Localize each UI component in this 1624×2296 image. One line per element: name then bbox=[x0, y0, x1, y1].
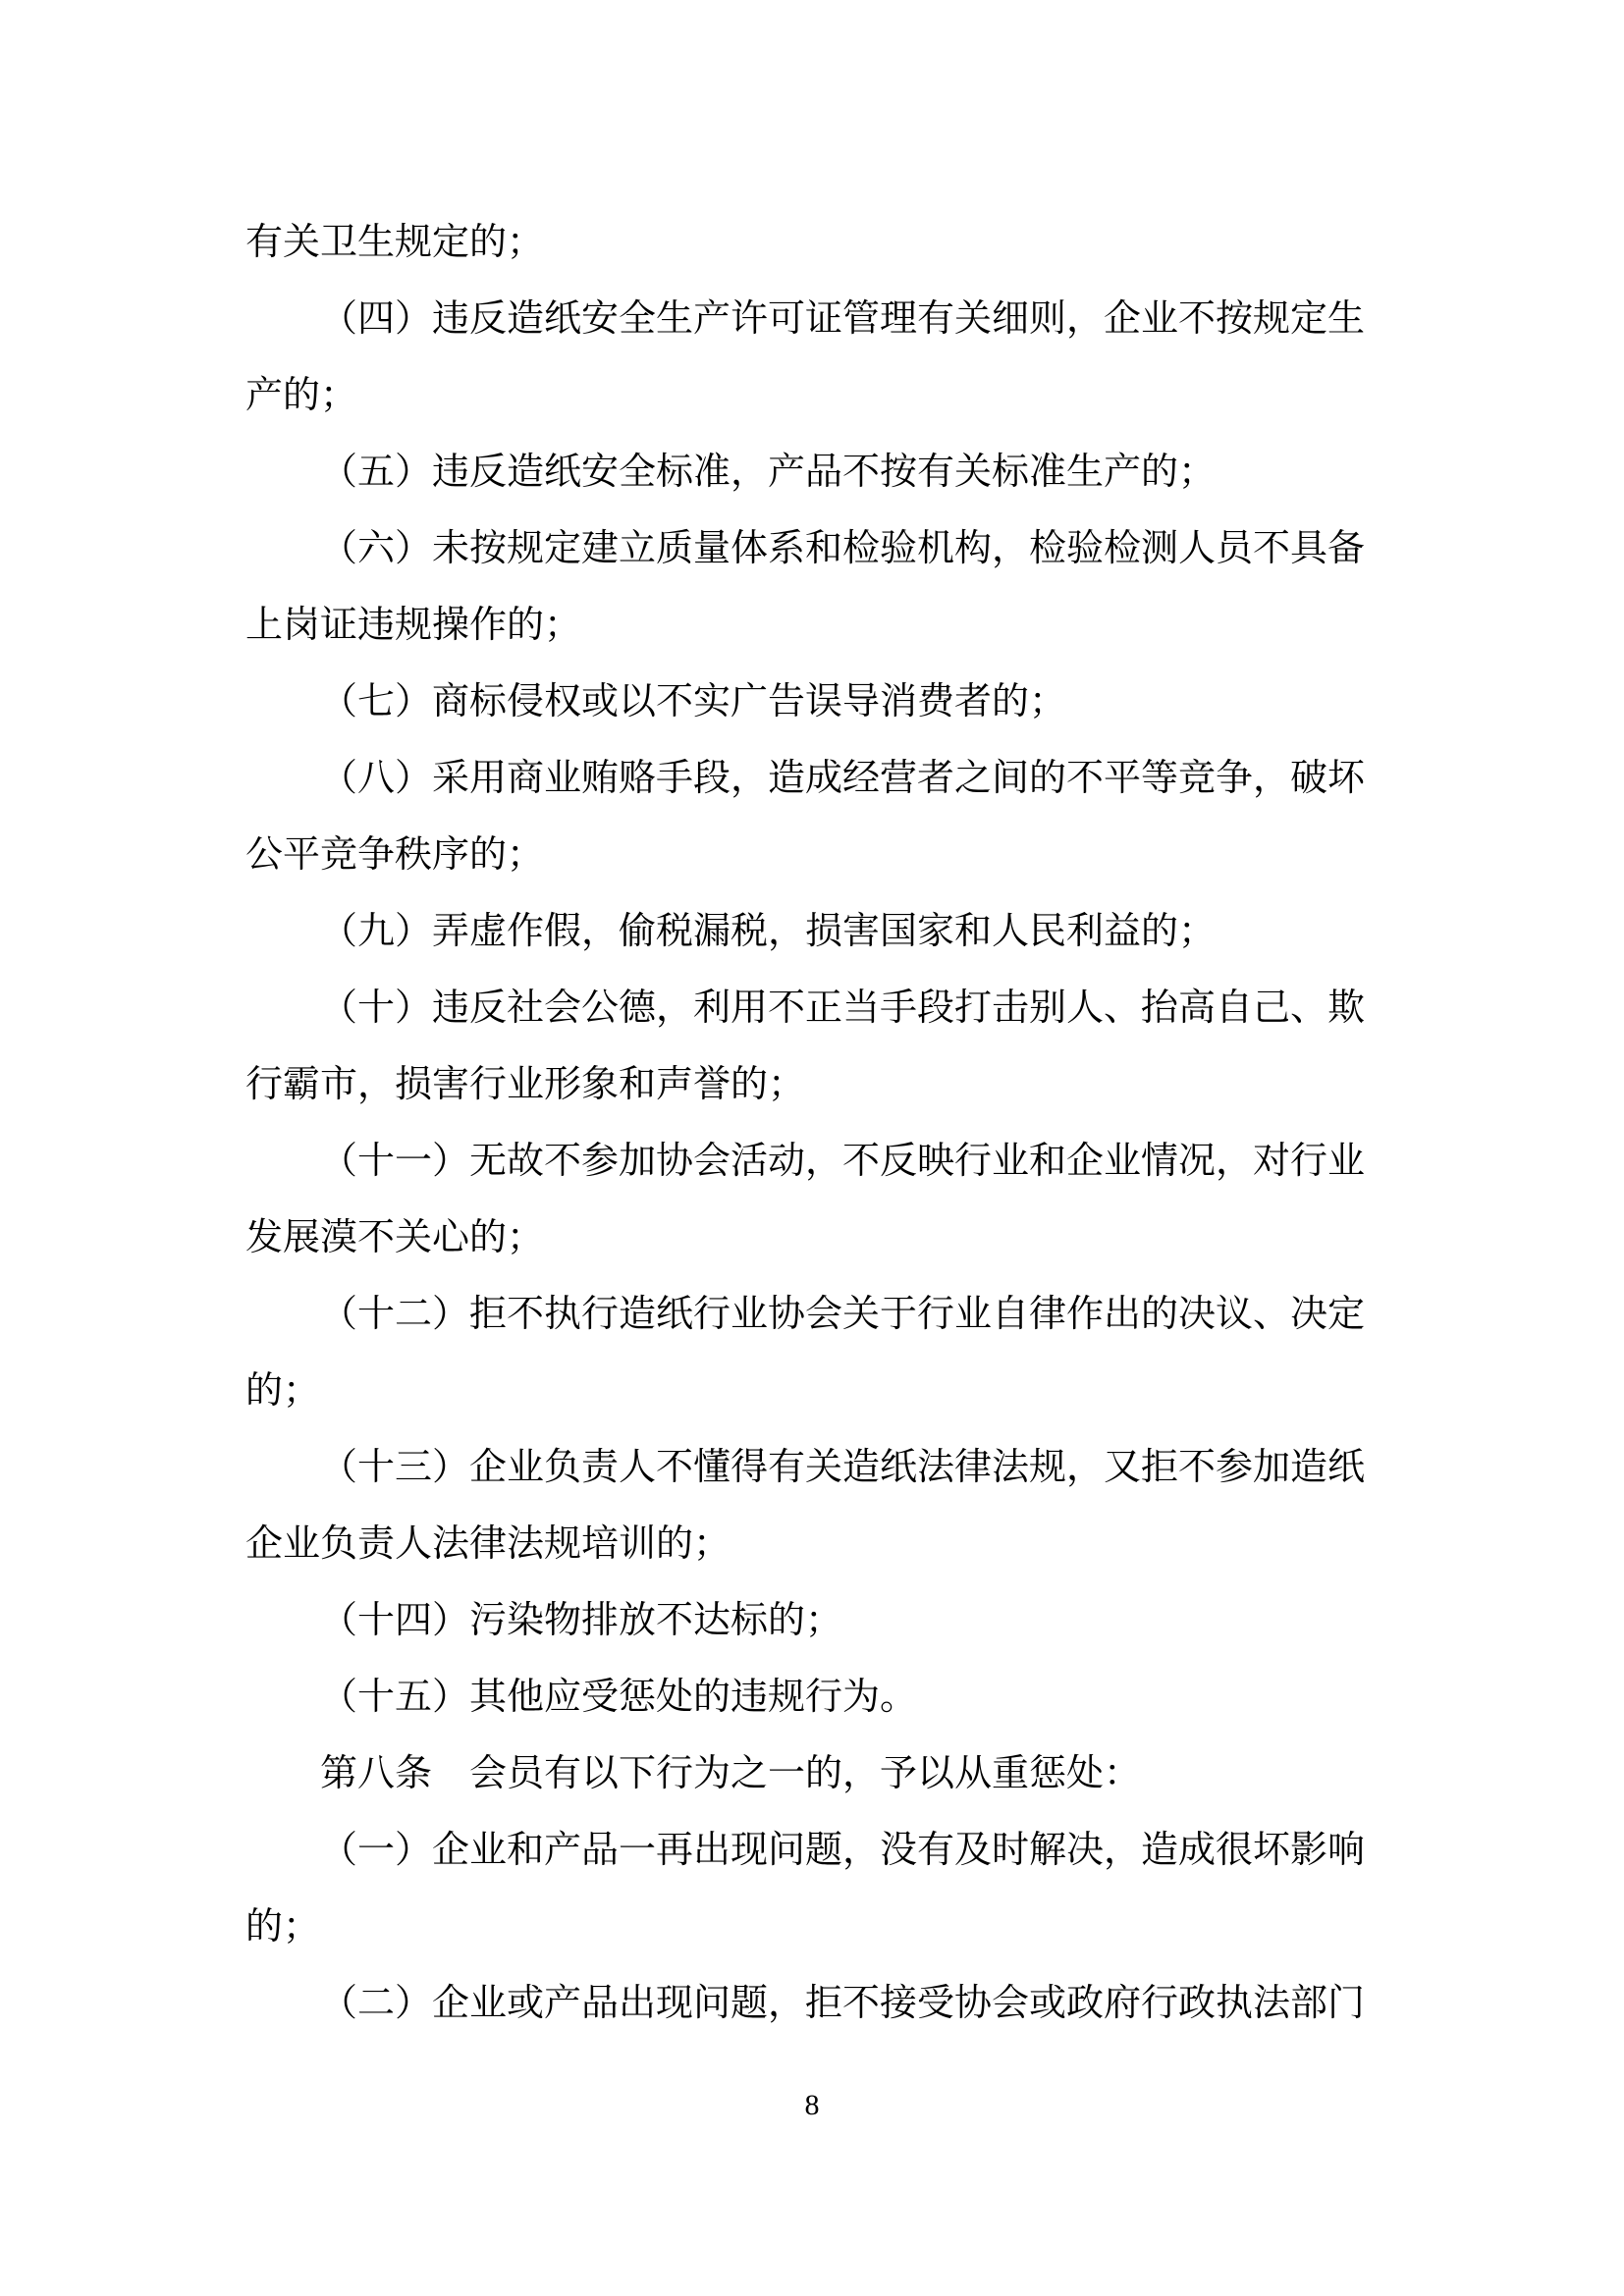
text-line: （十）违反社会公德，利用不正当手段打击别人、抬高自己、欺 bbox=[245, 970, 1379, 1046]
text-line: 有关卫生规定的； bbox=[245, 204, 1379, 281]
text-line: （七）商标侵权或以不实广告误导消费者的； bbox=[245, 664, 1379, 740]
text-line: （十四）污染物排放不达标的； bbox=[245, 1582, 1379, 1659]
text-line: （十五）其他应受惩处的违规行为。 bbox=[245, 1659, 1379, 1735]
document-body: 有关卫生规定的； （四）违反造纸安全生产许可证管理有关细则，企业不按规定生 产的… bbox=[245, 204, 1379, 2042]
text-line: （六）未按规定建立质量体系和检验机构，检验检测人员不具备 bbox=[245, 510, 1379, 587]
page-number: 8 bbox=[0, 2089, 1624, 2122]
text-line: 企业负责人法律法规培训的； bbox=[245, 1506, 1379, 1582]
document-page: 有关卫生规定的； （四）违反造纸安全生产许可证管理有关细则，企业不按规定生 产的… bbox=[0, 0, 1624, 2296]
text-line: 产的； bbox=[245, 357, 1379, 434]
text-line: （一）企业和产品一再出现问题，没有及时解决，造成很坏影响 bbox=[245, 1812, 1379, 1889]
text-line: （十二）拒不执行造纸行业协会关于行业自律作出的决议、决定 bbox=[245, 1276, 1379, 1353]
text-line: （十一）无故不参加协会活动，不反映行业和企业情况，对行业 bbox=[245, 1123, 1379, 1200]
text-line: 第八条 会员有以下行为之一的，予以从重惩处： bbox=[245, 1735, 1379, 1812]
text-line: 公平竞争秩序的； bbox=[245, 817, 1379, 893]
text-line: （九）弄虚作假，偷税漏税，损害国家和人民利益的； bbox=[245, 893, 1379, 970]
text-line: （八）采用商业贿赂手段，造成经营者之间的不平等竞争，破坏 bbox=[245, 740, 1379, 817]
text-line: 的； bbox=[245, 1889, 1379, 1965]
text-line: （十三）企业负责人不懂得有关造纸法律法规，又拒不参加造纸 bbox=[245, 1429, 1379, 1506]
text-line: 发展漠不关心的； bbox=[245, 1200, 1379, 1276]
text-line: （二）企业或产品出现问题，拒不接受协会或政府行政执法部门 bbox=[245, 1965, 1379, 2042]
text-line: （五）违反造纸安全标准，产品不按有关标准生产的； bbox=[245, 434, 1379, 510]
text-line: （四）违反造纸安全生产许可证管理有关细则，企业不按规定生 bbox=[245, 281, 1379, 357]
text-line: 行霸市，损害行业形象和声誉的； bbox=[245, 1046, 1379, 1123]
text-line: 上岗证违规操作的； bbox=[245, 587, 1379, 664]
text-line: 的； bbox=[245, 1353, 1379, 1429]
